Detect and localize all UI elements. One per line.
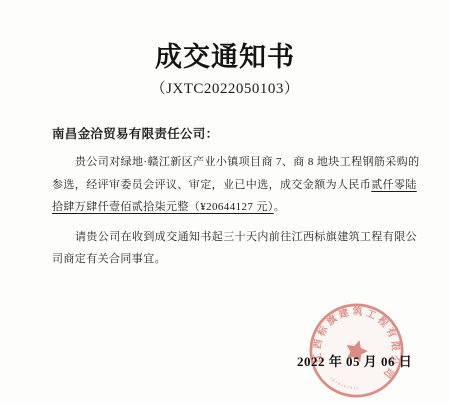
issue-date: 2022 年 05 月 06 日	[297, 351, 412, 370]
company-seal-stamp: 江西标旗建筑工程有限公司 3610101315	[297, 291, 417, 403]
paragraph1-line1-text: 贵公司对绿地·赣江新区产业小镇项目商 7、商 8 地块工程钢筋采购的	[75, 156, 420, 168]
scanned-notice-document: 成交通知书 （JXTC2022050103） 南昌金洽贸易有限责任公司： 贵公司…	[0, 0, 450, 403]
document-body: 贵公司对绿地·赣江新区产业小镇项目商 7、商 8 地块工程钢筋采购的 参选，经评…	[52, 151, 420, 271]
paragraph1-line2: 参选，经评审委员会评议、审定，业已中选，成交金额为人民币贰仟零陆	[52, 174, 420, 197]
paragraph2-line2: 司商定有关合同事宜。	[52, 248, 420, 271]
paragraph2-line2-text: 司商定有关合同事宜。	[52, 253, 166, 265]
amount-prefix-text: 参选，经评审委员会评议、审定，业已中选，成交金额为人民币	[52, 179, 371, 191]
amount-words-part2: 拾肆万肆仟壹佰贰拾柒元整（¥20644127 元）	[52, 201, 274, 213]
paragraph2-line1-text: 请贵公司在收到成交通知书起三十天内前往江西标旗建筑工程有限公	[75, 231, 417, 243]
paragraph1-line1: 贵公司对绿地·赣江新区产业小镇项目商 7、商 8 地块工程钢筋采购的	[52, 151, 420, 174]
paragraph2-line1: 请贵公司在收到成交通知书起三十天内前往江西标旗建筑工程有限公	[52, 226, 420, 249]
sentence-end: 。	[274, 201, 285, 213]
amount-words-part1: 贰仟零陆	[371, 179, 417, 191]
addressee: 南昌金洽贸易有限责任公司：	[52, 126, 450, 143]
document-title: 成交通知书	[0, 0, 450, 75]
document-number: （JXTC2022050103）	[0, 79, 450, 99]
paragraph1-line3: 拾肆万肆仟壹佰贰拾柒元整（¥20644127 元）。	[52, 196, 420, 219]
